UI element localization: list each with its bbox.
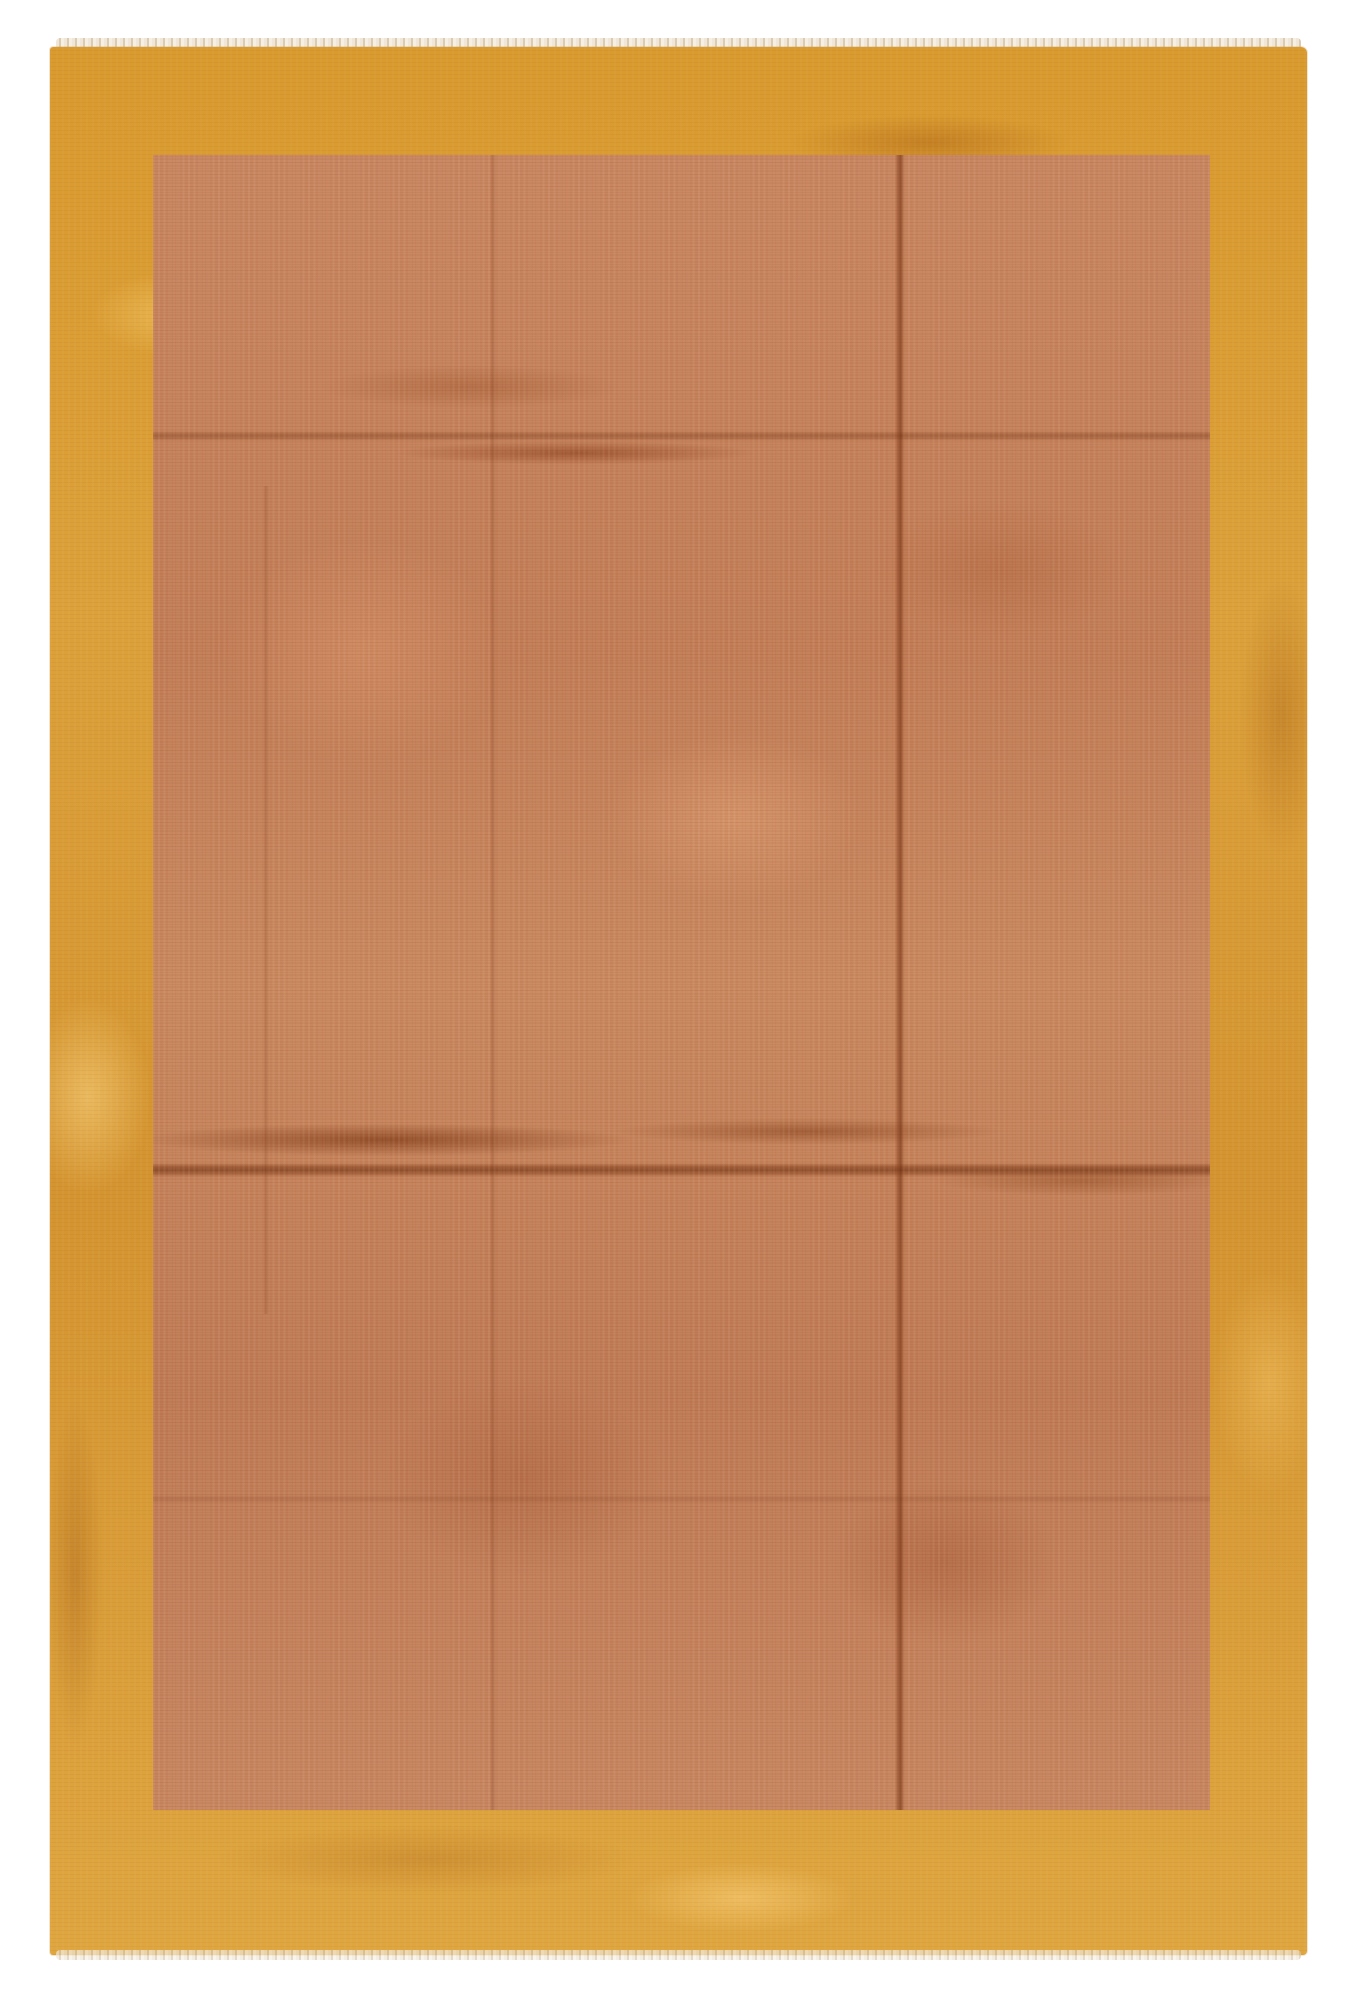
rug-fringe-bottom: [56, 1950, 1301, 1960]
product-photo: [0, 0, 1365, 2000]
vertical-fold-line: [895, 155, 905, 1810]
horizontal-fold-line: [153, 1163, 1210, 1177]
vertical-fold-line-faint: [490, 155, 496, 1810]
horizontal-crease-lower: [153, 1495, 1210, 1503]
rug: [50, 47, 1307, 1955]
vertical-fold-line-faint: [263, 486, 269, 1314]
horizontal-crease-upper: [153, 431, 1210, 441]
rug-center-field: [153, 155, 1210, 1810]
